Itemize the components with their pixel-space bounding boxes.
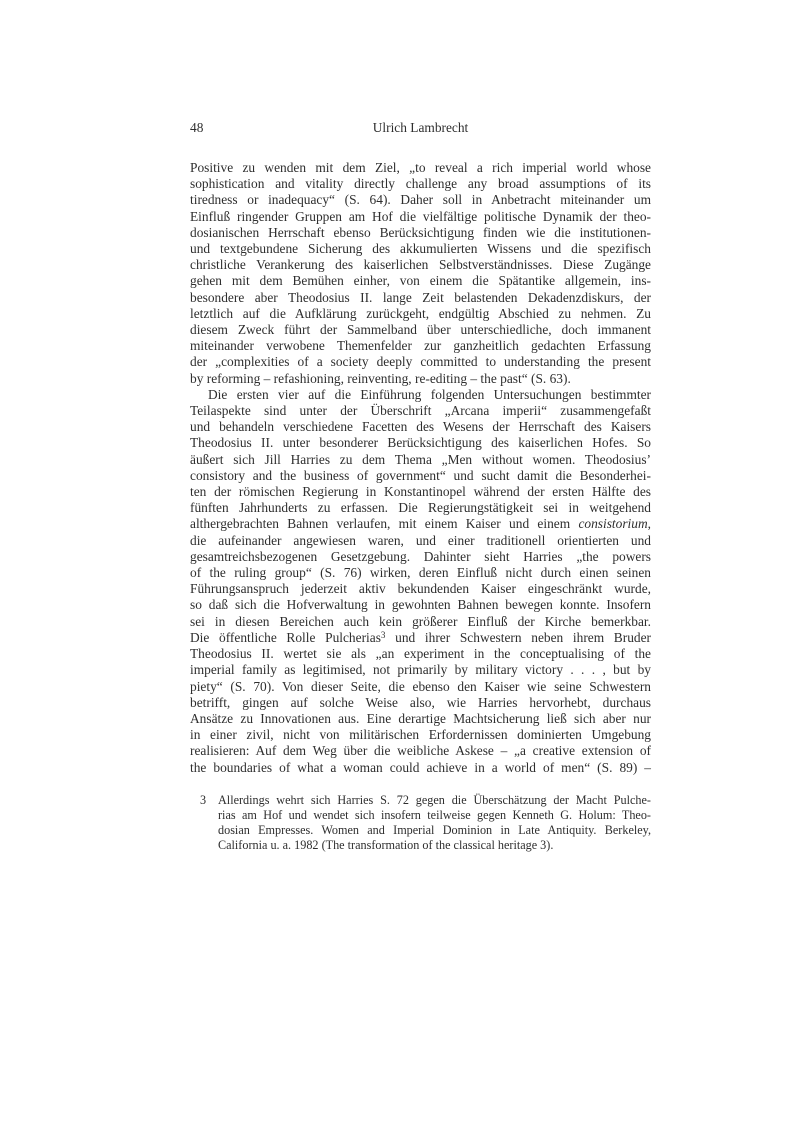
text-line: imperial family as legitimised, not prim… <box>190 662 651 678</box>
text-line: the boundaries of what a woman could ach… <box>190 760 651 776</box>
text-line: of the ruling group“ (S. 76) wirken, der… <box>190 565 651 581</box>
text-line: gesamtreichsbezogenen Gesetzgebung. Dahi… <box>190 549 651 565</box>
text-line: piety“ (S. 70). Von dieser Seite, die eb… <box>190 679 651 695</box>
text-line: California u. a. 1982 (The transformatio… <box>218 838 651 853</box>
text-line: miteinander verwobene Themenfelder zur g… <box>190 338 651 354</box>
text-line: in einer zivil, nicht von militärischen … <box>190 727 651 743</box>
text-segment: althergebrachten Bahnen verlaufen, mit e… <box>190 516 578 531</box>
running-head: Ulrich Lambrecht <box>190 120 651 136</box>
text-line: der „complexities of a society deeply co… <box>190 354 651 370</box>
text-line: realisieren: Auf dem Weg über die weibli… <box>190 743 651 759</box>
page-header: 48 Ulrich Lambrecht <box>190 120 651 136</box>
text-segment: Die öffentliche Rolle Pulcherias <box>190 630 381 645</box>
text-line: gehen mit dem Bemühen einher, von einem … <box>190 273 651 289</box>
text-line: dosian Empresses. Women and Imperial Dom… <box>218 823 651 838</box>
text-line: Theodosius II. unter besonderer Berücksi… <box>190 435 651 451</box>
text-line: und behandeln verschiedene Facetten des … <box>190 419 651 435</box>
text-line: diesem Zweck führt der Sammelband über u… <box>190 322 651 338</box>
text-line: althergebrachten Bahnen verlaufen, mit e… <box>190 516 651 532</box>
footnote-marker: 3 <box>200 793 206 808</box>
text-line: sophistication and vitality directly cha… <box>190 176 651 192</box>
text-line: Führungsanspruch jederzeit aktiv bekunde… <box>190 581 651 597</box>
footnote-reference: 3 <box>381 630 386 640</box>
text-line: Ansätze zu Innovationen aus. Eine derart… <box>190 711 651 727</box>
text-line: die aufeinander angewiesen waren, und ei… <box>190 533 651 549</box>
text-line: sei in diesen Bereichen auch kein größer… <box>190 614 651 630</box>
text-line: Einfluß ringender Gruppen am Hof die vie… <box>190 209 651 225</box>
text-line: christliche Verankerung des kaiserlichen… <box>190 257 651 273</box>
text-block: 48 Ulrich Lambrecht Positive zu wenden m… <box>190 120 651 853</box>
text-segment: und ihrer Schwestern neben ihrem Bruder <box>385 630 651 645</box>
text-line: ten der römischen Regierung in Konstanti… <box>190 484 651 500</box>
text-line: Die öffentliche Rolle Pulcherias3 und ih… <box>190 630 651 646</box>
text-line: dosianischen Herrschaft ebenso Berücksic… <box>190 225 651 241</box>
text-segment: , <box>648 516 651 531</box>
paragraph: Die ersten vier auf die Einführung folge… <box>190 387 651 776</box>
text-line: tiredness or inadequacy“ (S. 64). Daher … <box>190 192 651 208</box>
text-line: by reforming – refashioning, reinventing… <box>190 371 651 387</box>
text-line: Positive zu wenden mit dem Ziel, „to rev… <box>190 160 651 176</box>
text-line: besondere aber Theodosius II. lange Zeit… <box>190 290 651 306</box>
document-page: 48 Ulrich Lambrecht Positive zu wenden m… <box>0 0 800 1131</box>
text-line: Allerdings wehrt sich Harries S. 72 gege… <box>218 793 651 808</box>
footnote: 3 Allerdings wehrt sich Harries S. 72 ge… <box>190 793 651 853</box>
text-line: und textgebundene Sicherung des akkumuli… <box>190 241 651 257</box>
footnote-text: Allerdings wehrt sich Harries S. 72 gege… <box>218 793 651 853</box>
text-line: so daß sich die Hofverwaltung in gewohnt… <box>190 597 651 613</box>
text-line: Theodosius II. wertet sie als „an experi… <box>190 646 651 662</box>
text-line: Die ersten vier auf die Einführung folge… <box>190 387 651 403</box>
text-line: Teilaspekte sind unter der Überschrift „… <box>190 403 651 419</box>
text-segment: consistorium <box>578 516 647 531</box>
page-number: 48 <box>190 120 203 136</box>
text-line: betrifft, gingen auf solche Weise also, … <box>190 695 651 711</box>
paragraph: Positive zu wenden mit dem Ziel, „to rev… <box>190 160 651 387</box>
text-line: consistory and the business of governmen… <box>190 468 651 484</box>
text-line: fünften Jahrhunderts zu erfassen. Die Re… <box>190 500 651 516</box>
body-text: Positive zu wenden mit dem Ziel, „to rev… <box>190 160 651 776</box>
text-line: äußert sich Jill Harries zu dem Thema „M… <box>190 452 651 468</box>
text-line: letztlich auf die Aufklärung zurückgeht,… <box>190 306 651 322</box>
text-line: rias am Hof und wendet sich insofern tei… <box>218 808 651 823</box>
